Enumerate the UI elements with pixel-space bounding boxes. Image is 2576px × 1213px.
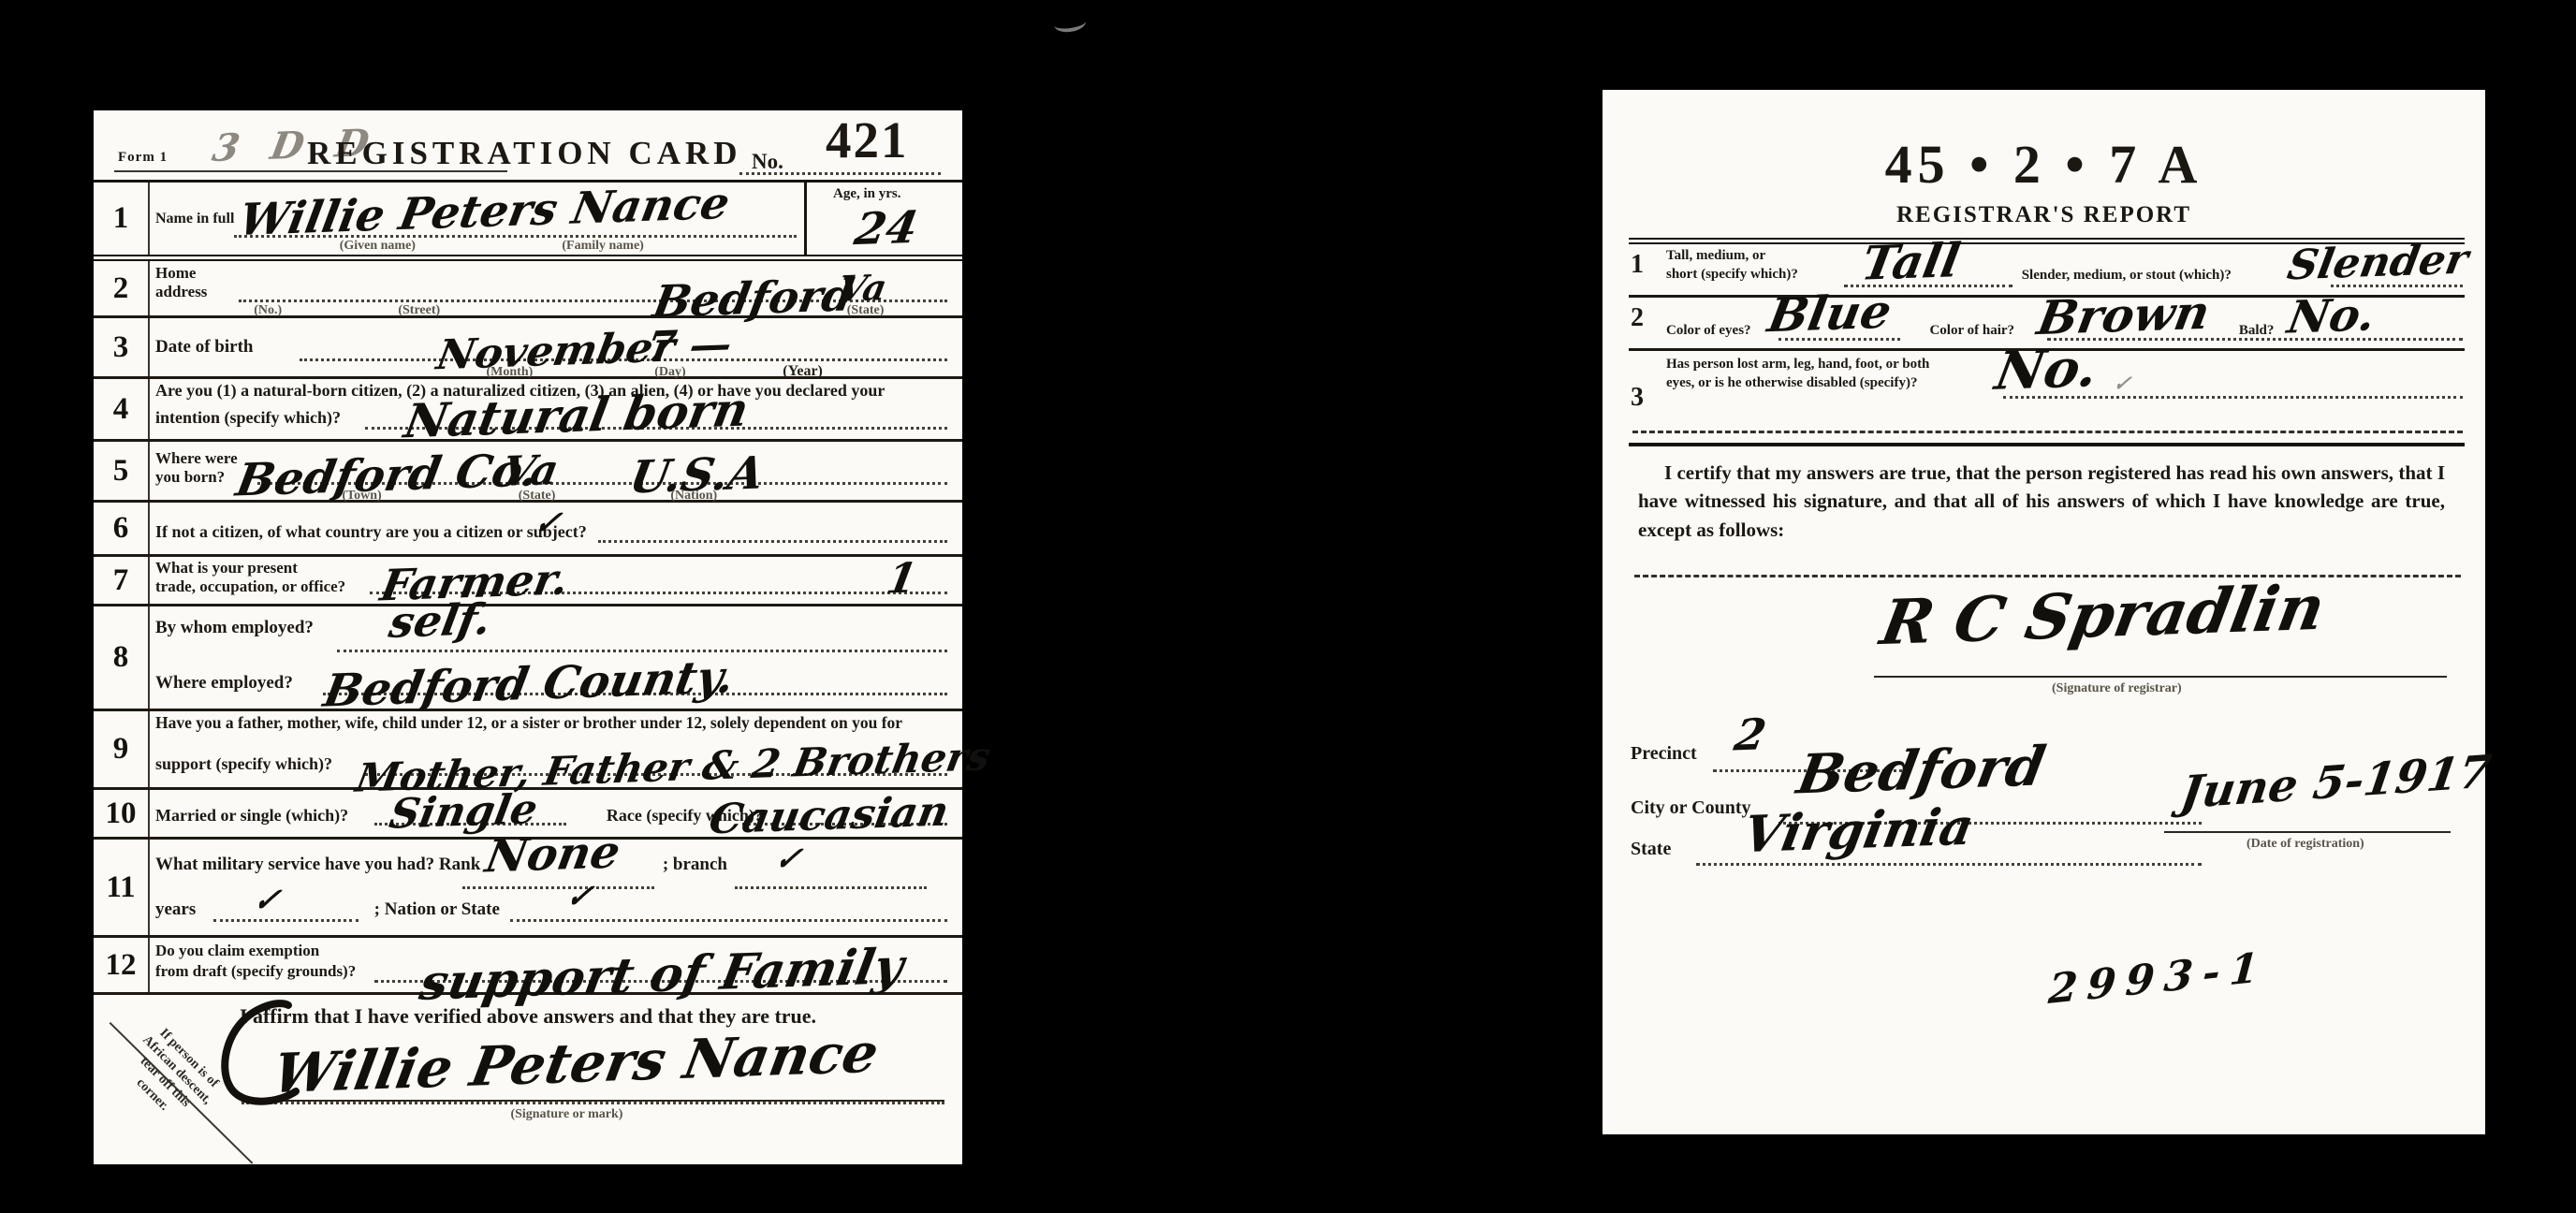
nation-state-write-line [510,919,947,922]
registrar-signature-line [1874,676,2447,678]
name-label: Name in full [155,211,234,227]
signature-dotted-line [241,1102,945,1104]
age-label: Age, in yrs. [833,186,901,202]
years-checkmark: ✓ [251,884,284,917]
age-box: Age, in yrs. 24 [804,183,962,255]
day-caption: (Day) [654,365,685,380]
serial-pen-number: 2993-1 [2047,947,2269,1011]
birthplace-label-1: Where were [155,449,238,468]
field-number: 1 [94,183,148,255]
disability-label-2: eyes, or is he otherwise disabled (speci… [1666,375,1917,391]
registration-date-value: June 5-1917 [2178,750,2495,816]
height-label-2: short (specify which)? [1666,267,1798,283]
field-number: 4 [94,379,148,439]
field-number: 3 [1631,383,1644,413]
name-value: Willie Peters Nance [236,182,733,242]
serial-number-line [739,172,941,175]
state-label: State [1631,839,1671,860]
field-trade-row: 7 What is your present trade, occupation… [94,557,962,606]
registration-date-caption: (Date of registration) [2247,837,2364,852]
town-caption: (Town) [342,489,381,504]
birthplace-label-2: you born? [155,468,225,487]
field-exemption-row: 12 Do you claim exemption from draft (sp… [94,938,962,995]
age-value: 24 [852,206,921,252]
field-number: 12 [94,938,148,992]
field-number: 2 [1631,303,1644,333]
home-label-1: Home [155,264,196,283]
field-number: 10 [94,790,148,837]
certification-text: I certify that my answers are true, that… [1638,459,2445,544]
state-caption: (State) [847,303,885,318]
field-birthdate-row: 3 Date of birth November 7 — (Month) (Da… [94,318,962,379]
serial-number-label: No. [752,150,783,174]
birthdate-label: Date of birth [155,337,253,358]
field-number: 2 [94,261,148,315]
card-title: REGISTRATION CARD [307,135,742,172]
employer-value: self. [386,597,494,644]
military-rank-label: What military service have you had? Rank [155,855,480,875]
dependents-label-1: Have you a father, mother, wife, child u… [155,713,902,733]
field-military-row: 11 What military service have you had? R… [94,840,962,938]
field-number: 5 [94,442,148,500]
years-write-line [213,919,358,922]
birth-month-value: November [433,328,678,377]
field-number: 11 [94,840,148,935]
field-number: 7 [94,557,148,604]
field-employer-row: 8 By whom employed? self. Where employed… [94,606,962,711]
branch-checkmark: ✓ [772,843,805,876]
exemption-label-1: Do you claim exemption [155,942,319,960]
bald-label: Bald? [2239,323,2275,339]
pen-mark-icon [213,998,311,1118]
workplace-value: Bedford County. [321,654,739,713]
signature-caption: (Signature or mark) [510,1107,622,1122]
field-number: 6 [94,503,148,554]
employer-label: By whom employed? [155,618,314,638]
no-caption: (No.) [254,303,282,318]
address-town-value: Bedford [650,273,856,324]
home-label-2: address [155,283,207,301]
dependents-label-2: support (specify which)? [155,754,332,774]
rank-write-line [462,886,654,889]
birthplace-state-value: Va [499,450,562,493]
registrar-signature-caption: (Signature of registrar) [2052,681,2182,696]
employer-write-line [337,650,947,652]
hair-color-label: Color of hair? [1929,323,2014,339]
city-county-value: Bedford [1793,738,2049,801]
branch-label: ; branch [663,855,727,875]
build-label: Slender, medium, or stout (which)? [2022,268,2232,284]
bald-value: No. [2285,292,2379,340]
build-value: Slender [2285,240,2472,287]
workplace-label: Where employed? [155,673,293,694]
branch-write-line [735,886,927,889]
report-code: 45 • 2 • 7 A [1603,133,2485,196]
address-state-value: Va [836,270,890,307]
street-caption: (Street) [398,303,440,318]
family-name-caption: (Family name) [562,239,643,254]
disability-pencil-mark: ✓ [2112,373,2132,395]
given-name-caption: (Given name) [340,239,416,254]
field-number: 3 [94,318,148,376]
birthplace-town-value: Bedford Co. [233,447,542,503]
field-number: 1 [1631,250,1644,280]
scan-smudge-mark [1053,13,1087,35]
field-noncitizen-row: 6 If not a citizen, of what country are … [94,503,962,557]
eye-color-value: Blue [1764,288,1895,339]
noncitizen-checkmark: ✓ [532,507,564,540]
field-number: 8 [94,606,148,709]
exceptions-line [1634,575,2461,577]
rank-value: None [482,830,623,880]
exemption-label-2: from draft (specify grounds)? [155,962,356,981]
year-caption: (Year) [783,363,823,380]
precinct-value: 2 [1732,712,1769,756]
years-label: years [155,899,196,920]
married-label: Married or single (which)? [155,806,348,826]
married-value: Single [386,789,540,835]
page-background: Form 1 3 D D REGISTRATION CARD No. 421 1… [0,0,2576,1213]
row-bottom-dashed-line [1632,431,2463,433]
registrars-report-card: 45 • 2 • 7 A REGISTRAR'S REPORT 1 Tall, … [1603,90,2485,1134]
state-value: Virginia [1739,801,1977,859]
height-value: Tall [1858,237,1963,287]
registrant-signature: Willie Peters Nance [270,1026,883,1101]
citizenship-value: Natural born [401,387,752,446]
field-name-row: 1 Name in full Willie Peters Nance (Give… [94,183,962,261]
registrar-signature: R C Spradlin [1877,577,2330,653]
birth-day-value: 7 — [643,324,735,368]
field-citizenship-row: 4 Are you (1) a natural-born citizen, (2… [94,379,962,442]
trade-label-1: What is your present [155,559,298,577]
state-caption: (State) [519,489,556,504]
field-number: 9 [94,711,148,787]
noncitizen-write-line [598,540,947,543]
noncitizen-label: If not a citizen, of what country are yo… [155,522,587,542]
state-write-line [1696,863,2202,866]
field-birthplace-row: 5 Where were you born? Bedford Co. Va U.… [94,442,962,503]
field-dependents-row: 9 Have you a father, mother, wife, child… [94,711,962,790]
trade-label-2: trade, occupation, or office? [155,577,345,596]
field-home-address-row: 2 Home address Bedford Va (No.) (Street)… [94,261,962,318]
race-value: Caucasian [706,792,951,841]
height-label-1: Tall, medium, or [1666,248,1765,264]
hair-color-value: Brown [2034,289,2213,342]
disability-label-1: Has person lost arm, leg, hand, foot, or… [1666,357,1929,373]
eye-color-label: Color of eyes? [1666,323,1751,339]
registration-card: Form 1 3 D D REGISTRATION CARD No. 421 1… [94,110,962,1164]
report-title: REGISTRAR'S REPORT [1603,202,2485,228]
registration-date-line [2164,831,2451,833]
nation-caption: (Nation) [670,489,717,504]
report-disability-row: 3 Has person lost arm, leg, hand, foot, … [1629,351,2465,446]
nation-state-label: ; Nation or State [374,899,500,920]
disability-value: No. [1992,342,2102,398]
citizenship-label-2: intention (specify which)? [155,408,341,428]
precinct-label: Precinct [1631,743,1697,765]
form-number-label: Form 1 [118,150,168,166]
registration-card-header: Form 1 3 D D REGISTRATION CARD No. 421 [94,110,962,183]
serial-number-value: 421 [826,110,909,169]
city-county-label: City or County [1631,797,1751,819]
nation-state-checkmark: ✓ [563,881,596,913]
month-caption: (Month) [487,365,534,380]
